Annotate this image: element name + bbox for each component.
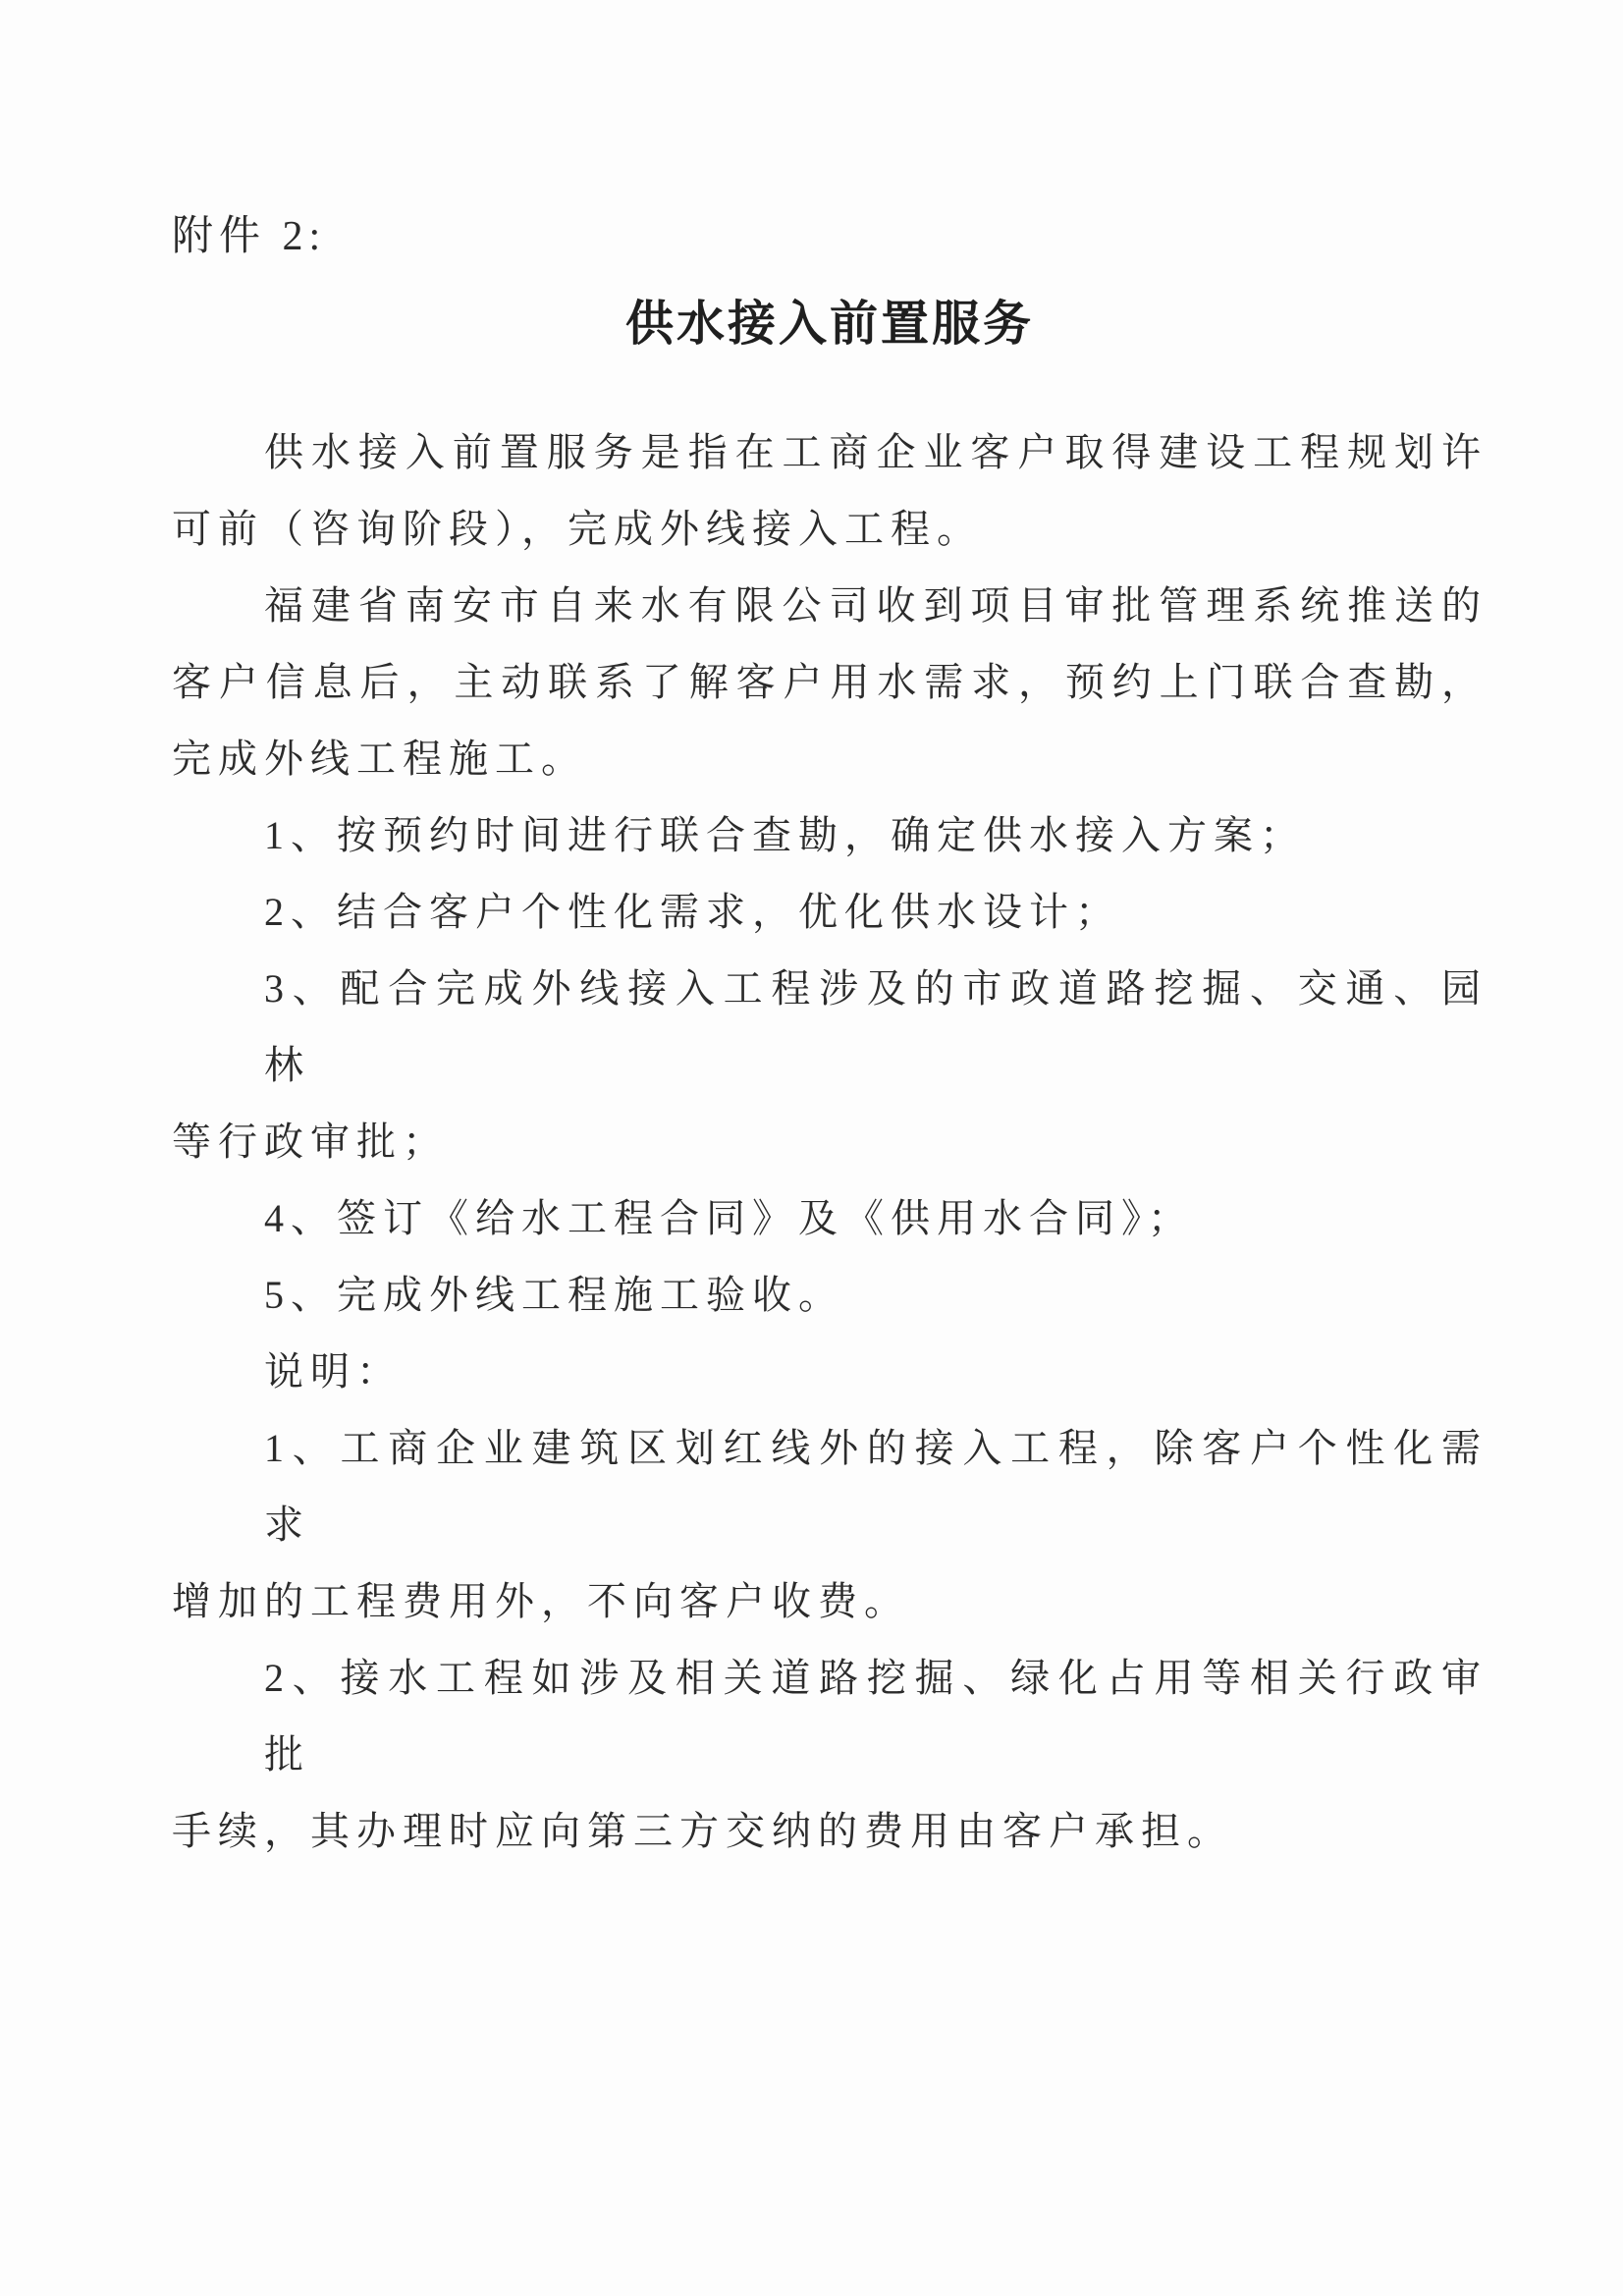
body-line: 供水接入前置服务是指在工商企业客户取得建设工程规划许 [172, 414, 1488, 491]
body-line: 福建省南安市自来水有限公司收到项目审批管理系统推送的 [172, 568, 1488, 644]
notes-heading: 说明： [172, 1334, 1488, 1410]
body-line: 完成外线工程施工。 [172, 721, 1488, 797]
document-title: 供水接入前置服务 [172, 297, 1488, 352]
body-line: 客户信息后，主动联系了解客户用水需求，预约上门联合查勘， [172, 644, 1488, 721]
note-line: 增加的工程费用外，不向客户收费。 [172, 1563, 1488, 1640]
body-line: 可前（咨询阶段），完成外线接入工程。 [172, 491, 1488, 568]
note-line: 2、接水工程如涉及相关道路挖掘、绿化占用等相关行政审批 [172, 1640, 1488, 1793]
attachment-label: 附件 2: [172, 212, 1488, 261]
body-line-numbered-item: 2、结合客户个性化需求，优化供水设计； [172, 874, 1488, 951]
body-line-numbered-item: 3、配合完成外线接入工程涉及的市政道路挖掘、交通、园林 [172, 951, 1488, 1104]
body-line-numbered-item: 5、完成外线工程施工验收。 [172, 1257, 1488, 1334]
body-line-numbered-item: 4、签订《给水工程合同》及《供用水合同》； [172, 1180, 1488, 1257]
body-line: 等行政审批； [172, 1104, 1488, 1180]
note-line: 1、工商企业建筑区划红线外的接入工程，除客户个性化需求 [172, 1410, 1488, 1563]
body-line-numbered-item: 1、按预约时间进行联合查勘，确定供水接入方案； [172, 797, 1488, 874]
document-body: 供水接入前置服务是指在工商企业客户取得建设工程规划许 可前（咨询阶段），完成外线… [172, 414, 1488, 1870]
note-line: 手续，其办理时应向第三方交纳的费用由客户承担。 [172, 1793, 1488, 1870]
document-page: 附件 2: 供水接入前置服务 供水接入前置服务是指在工商企业客户取得建设工程规划… [0, 0, 1623, 2296]
